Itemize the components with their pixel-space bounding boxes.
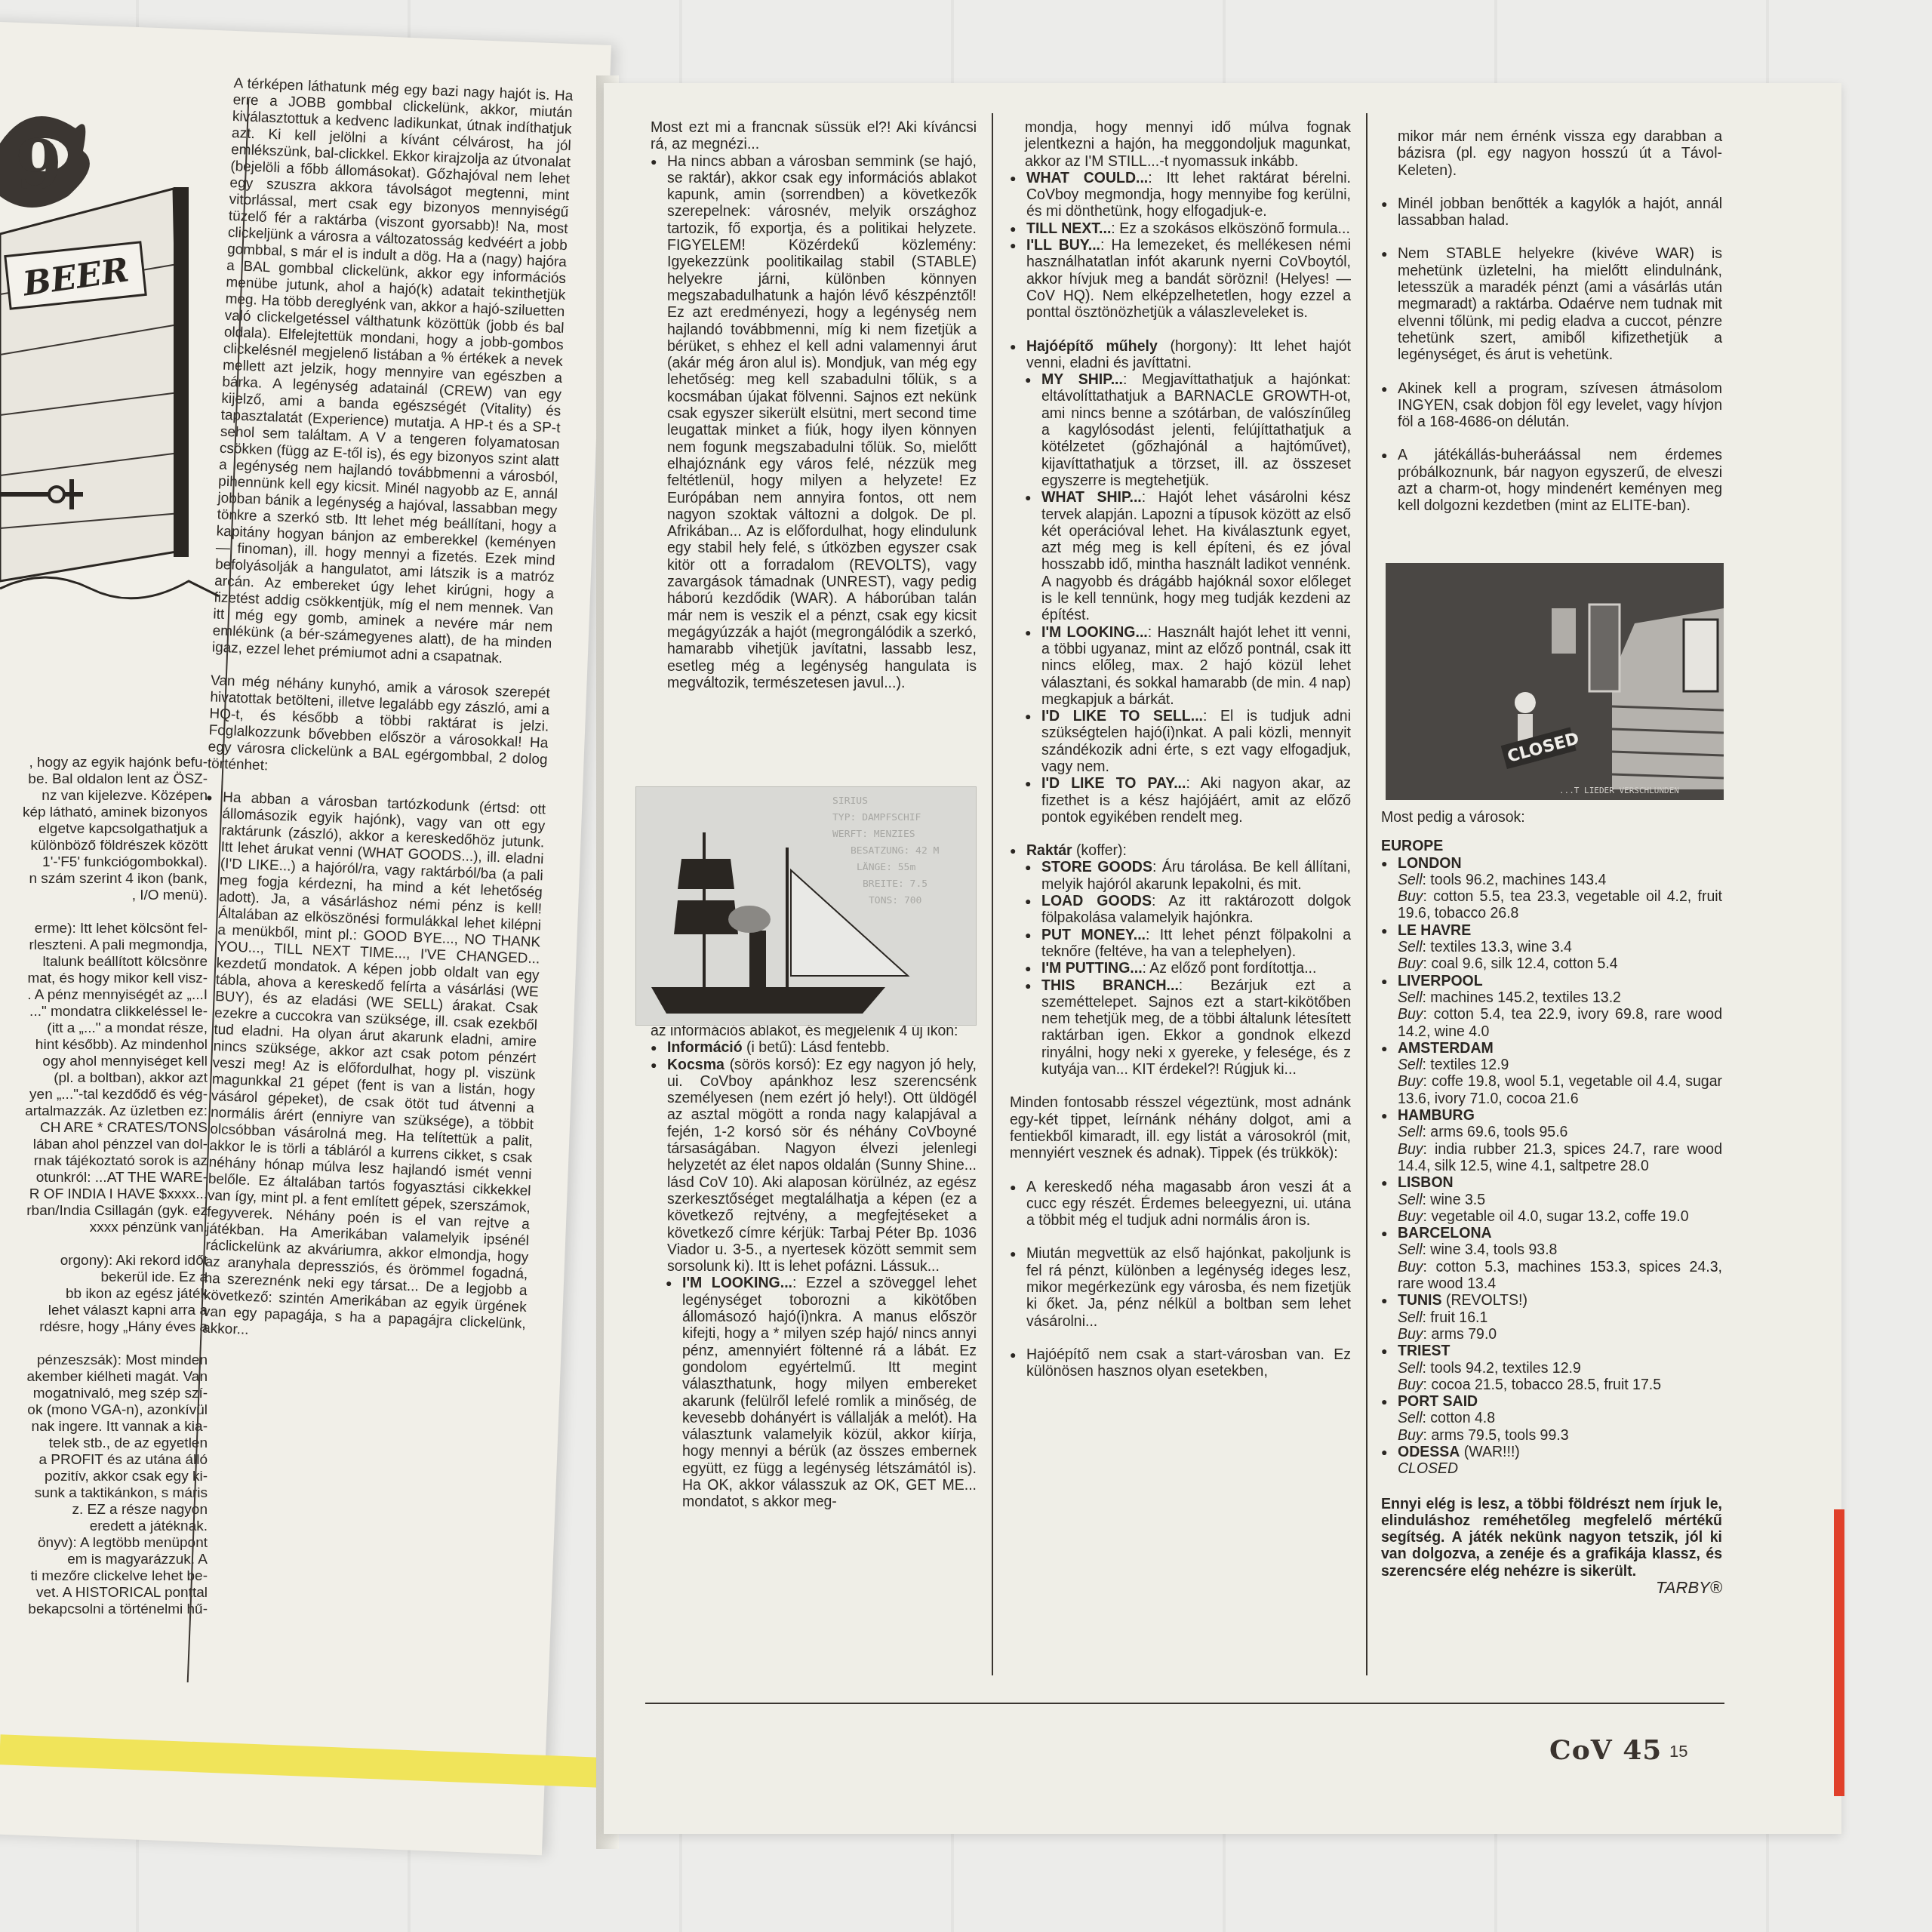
item-title: I'LL BUY... bbox=[1026, 237, 1100, 254]
ship-stat-line: TYP: DAMPFSCHIF bbox=[832, 812, 921, 823]
buy-label: Buy bbox=[1398, 1141, 1423, 1158]
list-item: Ha abban a városban tartózkodunk (értsd:… bbox=[186, 789, 546, 1349]
text-line: bb ikon az egész játék bbox=[15, 1286, 208, 1303]
city-item: TRIEST bbox=[1381, 1343, 1722, 1359]
svg-text:...T LIEDER VERSCHLUNDEN: ...T LIEDER VERSCHLUNDEN bbox=[1559, 786, 1679, 795]
list-item: Ha nincs abban a városban semmink (se ha… bbox=[651, 153, 977, 692]
text-line: . A pénz mennyiségét az „...I bbox=[15, 987, 208, 1004]
text-line: rnak tájékoztató sorok is az bbox=[15, 1153, 208, 1170]
column-divider bbox=[992, 113, 993, 1675]
text-line: vet. A HISTORICAL ponttal bbox=[15, 1585, 208, 1601]
sell-label: Sell bbox=[1398, 1124, 1423, 1140]
text-line: nak ingere. Itt vannak a kia- bbox=[15, 1419, 208, 1435]
sell-label: Sell bbox=[1398, 872, 1423, 888]
text-line: erme): Itt lehet kölcsönt fel- bbox=[15, 921, 208, 937]
tip-item: Akinek kell a program, szívesen átmásolo… bbox=[1381, 380, 1722, 431]
item-text: : Hajót lehet vásárolni kész tervek alap… bbox=[1041, 489, 1351, 623]
text-line: em is magyarázzuk. A bbox=[15, 1552, 208, 1568]
city-item: HAMBURG bbox=[1381, 1107, 1722, 1124]
tip-item: Hajóépítő nem csak a start-városban van.… bbox=[1010, 1346, 1351, 1380]
list-item: WHAT COULD...: Itt lehet raktárat béreln… bbox=[1010, 170, 1351, 220]
list-item: I'D LIKE TO SELL...: El is tudjuk adni s… bbox=[1010, 708, 1351, 775]
city-item: AMSTERDAM bbox=[1381, 1040, 1722, 1057]
text-line: pozitív, akkor csak egy ki- bbox=[15, 1469, 208, 1485]
sell-label: Sell bbox=[1398, 1410, 1423, 1426]
city-sell: Sell: textiles 13.3, wine 3.4 bbox=[1381, 939, 1722, 955]
text-line: bekerül ide. Ez a bbox=[15, 1269, 208, 1286]
cities-intro: Most pedig a városok: bbox=[1381, 809, 1722, 826]
text-line: otunkról: ...AT THE WARE- bbox=[15, 1170, 208, 1186]
text-line: különböző földrészek között bbox=[15, 838, 208, 854]
item-title: LOAD GOODS bbox=[1041, 893, 1152, 909]
text-line bbox=[15, 1336, 208, 1352]
city-item: LONDON bbox=[1381, 855, 1722, 872]
city-buy: Buy: cocoa 21.5, tobacco 28.5, fruit 17.… bbox=[1381, 1377, 1722, 1393]
tip-item: Miután megvettük az első hajónkat, pakol… bbox=[1010, 1245, 1351, 1329]
text-line: sunk a taktikánkon, s máris bbox=[15, 1485, 208, 1502]
city-name: TRIEST bbox=[1398, 1343, 1450, 1359]
sell-label: Sell bbox=[1398, 939, 1423, 955]
ship-stat-line: BREITE: 7.5 bbox=[863, 878, 928, 890]
ship-stat-line: SIRIUS bbox=[832, 795, 868, 807]
city-name: HAMBURG bbox=[1398, 1107, 1475, 1124]
magazine-logo: CoV 45 bbox=[1549, 1734, 1662, 1766]
list-item: I'M PUTTING...: Az előző pont fordítottj… bbox=[1010, 960, 1351, 977]
closing-paragraph: Ennyi elég is lesz, a többi földrészt ne… bbox=[1381, 1496, 1722, 1580]
text-line: orgony): Aki rekord időt bbox=[15, 1253, 208, 1269]
city-name: PORT SAID bbox=[1398, 1393, 1478, 1410]
tip-item: Nem STABLE helyekre (kivéve WAR) is mehe… bbox=[1381, 245, 1722, 363]
text-line: , I/O menü). bbox=[15, 888, 208, 904]
city-buy: Buy: arms 79.0 bbox=[1381, 1326, 1722, 1343]
cover-edge-red bbox=[1834, 1509, 1844, 1796]
buy-label: Buy bbox=[1398, 1208, 1423, 1225]
text-line: a PROFIT és az utána álló bbox=[15, 1452, 208, 1469]
item-title: WHAT COULD... bbox=[1026, 170, 1148, 186]
city-sell: Sell: arms 69.6, tools 95.6 bbox=[1381, 1124, 1722, 1140]
list-item: I'M LOOKING...: Ezzel a szöveggel lehet … bbox=[651, 1275, 977, 1510]
cities-list: Most pedig a városok: EUROPE LONDONSell:… bbox=[1381, 809, 1722, 1596]
list-item: I'D LIKE TO PAY...: Aki nagyon akar, az … bbox=[1010, 775, 1351, 826]
item-title: I'M PUTTING... bbox=[1041, 960, 1143, 977]
city-sell: Sell: textiles 12.9 bbox=[1381, 1057, 1722, 1073]
text-line: be. Bal oldalon lent az ÖSZ- bbox=[15, 771, 208, 788]
buy-label: Buy bbox=[1398, 888, 1423, 905]
text-line: rdésre, hogy „Hány éves a bbox=[15, 1319, 208, 1336]
city-item: LE HAVRE bbox=[1381, 922, 1722, 939]
issue-numeral: 9 bbox=[15, 125, 63, 205]
city-buy: Buy: arms 79.5, tools 99.3 bbox=[1381, 1427, 1722, 1444]
buy-label: Buy bbox=[1398, 1427, 1423, 1444]
list-item: Kocsma (sörös korsó): Ez egy nagyon jó h… bbox=[651, 1057, 977, 1275]
sell-label: Sell bbox=[1398, 1360, 1423, 1377]
buy-label: Buy bbox=[1398, 1326, 1423, 1343]
item-title: I'M LOOKING... bbox=[1041, 624, 1148, 641]
list-item-shipyard: Hajóépítő műhely (horgony): Itt lehet ha… bbox=[1010, 338, 1351, 372]
buy-label: Buy bbox=[1398, 1073, 1423, 1090]
author-signature: TARBY® bbox=[1381, 1580, 1722, 1596]
city-buy: Buy: coffe 19.8, wool 5.1, vegetable oil… bbox=[1381, 1073, 1722, 1107]
city-item: BARCELONA bbox=[1381, 1225, 1722, 1241]
text-line: telek stb., de az egyetlen bbox=[15, 1435, 208, 1452]
paragraph: Minden fontosabb résszel végeztünk, most… bbox=[1010, 1094, 1351, 1161]
city-buy: Buy: vegetable oil 4.0, sugar 13.2, coff… bbox=[1381, 1208, 1722, 1225]
ship-stat-line: TONS: 700 bbox=[869, 895, 921, 906]
ship-screenshot: SIRIUSTYP: DAMPFSCHIFWERFT: MENZIESBESAT… bbox=[635, 786, 977, 1026]
text-line: elgetve kapcsolgathatjuk a bbox=[15, 821, 208, 838]
text-line: n szám szerint 4 ikon (bank, bbox=[15, 871, 208, 888]
ship-stat-line: LÄNGE: 55m bbox=[857, 861, 915, 873]
text-line: mat, és hogy mikor kell visz- bbox=[15, 971, 208, 987]
list-item: PUT MONEY...: Itt lehet pénzt fölpakolni… bbox=[1010, 927, 1351, 961]
city-item: TUNIS (REVOLTS!) bbox=[1381, 1292, 1722, 1309]
city-item: LIVERPOOL bbox=[1381, 973, 1722, 989]
tip-item: A játékállás-buheráással nem érdemes pró… bbox=[1381, 447, 1722, 514]
city-note: (REVOLTS!) bbox=[1446, 1292, 1527, 1309]
text-line: ..." mondatra clikkeléssel le- bbox=[15, 1004, 208, 1020]
city-odessa: ODESSA (WAR!!!) bbox=[1381, 1444, 1722, 1460]
buy-label: Buy bbox=[1398, 1377, 1423, 1393]
item-text: : Ez a szokásos elköszönő formula... bbox=[1111, 220, 1349, 237]
buy-label: Buy bbox=[1398, 1259, 1423, 1275]
beer-sign-illustration: 9 BEER bbox=[0, 98, 219, 724]
text-line: nz van kijelezve. Középen bbox=[15, 788, 208, 804]
sell-label: Sell bbox=[1398, 1309, 1423, 1326]
city-name: LIVERPOOL bbox=[1398, 973, 1483, 989]
city-sell: Sell: wine 3.4, tools 93.8 bbox=[1381, 1241, 1722, 1258]
city-name: LISBON bbox=[1398, 1174, 1454, 1191]
text-line: z. EZ a része nagyon bbox=[15, 1502, 208, 1518]
list-item: WHAT SHIP...: Hajót lehet vásárolni kész… bbox=[1010, 489, 1351, 623]
text-line: mogatnivaló, meg szép szí- bbox=[15, 1386, 208, 1402]
city-buy: Buy: cotton 5.5, tea 23.3, vegetable oil… bbox=[1381, 888, 1722, 922]
item-title: THIS BRANCH... bbox=[1041, 977, 1179, 994]
text-line: , hogy az egyik hajónk befu- bbox=[15, 755, 208, 771]
city-status: CLOSED bbox=[1381, 1460, 1722, 1477]
sell-label: Sell bbox=[1398, 1192, 1423, 1208]
tip-item: A kereskedő néha magasabb áron veszi át … bbox=[1010, 1179, 1351, 1229]
text-line: (pl. a boltban), akkor azt bbox=[15, 1070, 208, 1087]
article-column-2: mondja, hogy mennyi idő múlva fognak jel… bbox=[1010, 119, 1351, 1396]
list-item: I'LL BUY...: Ha lemezeket, és mellékesen… bbox=[1010, 237, 1351, 321]
list-item: TILL NEXT...: Ez a szokásos elköszönő fo… bbox=[1010, 220, 1351, 237]
city-item: LISBON bbox=[1381, 1174, 1722, 1191]
text-line: akember kiélheti magát. Van bbox=[15, 1369, 208, 1386]
text-line: ltalunk beállított kölcsönre bbox=[15, 954, 208, 971]
item-title: MY SHIP... bbox=[1041, 371, 1123, 388]
item-text: : Az előző pont fordítottja... bbox=[1143, 960, 1317, 977]
list-item: MY SHIP...: Megjavíttathatjuk a hajónkat… bbox=[1010, 371, 1351, 489]
city-sell: Sell: cotton 4.8 bbox=[1381, 1410, 1722, 1426]
sell-label: Sell bbox=[1398, 1057, 1423, 1073]
sell-label: Sell bbox=[1398, 989, 1423, 1006]
city-sell: Sell: machines 145.2, textiles 13.2 bbox=[1381, 989, 1722, 1006]
text-line: bekapcsolni a történelmi hű- bbox=[15, 1601, 208, 1618]
list-item: THIS BRANCH...: Bezárjuk ezt a szeméttel… bbox=[1010, 977, 1351, 1078]
list-item: LOAD GOODS: Az itt raktározott dolgok fö… bbox=[1010, 893, 1351, 927]
text-line: R OF INDIA I HAVE $xxxx... bbox=[15, 1186, 208, 1203]
text-line: 1'-'F5' funkciógombokkal). bbox=[15, 854, 208, 871]
city-buy: Buy: india rubber 21.3, spices 24.7, rar… bbox=[1381, 1141, 1722, 1175]
item-text: : Megjavíttathatjuk a hajónkat: eltávolí… bbox=[1041, 371, 1351, 489]
sell-label: Sell bbox=[1398, 1241, 1423, 1258]
text-line bbox=[15, 904, 208, 921]
left-page-column-2: A térképen láthatunk még egy bazi nagy h… bbox=[185, 75, 574, 1366]
text-line: ti mezőre clickelve lehet be- bbox=[15, 1568, 208, 1585]
city-sell: Sell: tools 96.2, machines 143.4 bbox=[1381, 872, 1722, 888]
paragraph: Most ezt mi a francnak süssük el?! Aki k… bbox=[651, 119, 977, 153]
city-buy: Buy: cotton 5.3, machines 153.3, spices … bbox=[1381, 1259, 1722, 1293]
region-heading: EUROPE bbox=[1381, 838, 1722, 854]
text-line bbox=[15, 1236, 208, 1253]
text-line: hint később). Az mindenhol bbox=[15, 1037, 208, 1054]
paragraph: mondja, hogy mennyi idő múlva fognak jel… bbox=[1010, 119, 1351, 170]
city-item: PORT SAID bbox=[1381, 1393, 1722, 1410]
article-column-3: mikor már nem érnénk vissza egy darabban… bbox=[1381, 128, 1722, 531]
text-line: ok (mono VGA-n), azonkívül bbox=[15, 1402, 208, 1419]
left-page-column-1: , hogy az egyik hajónk befu-be. Bal olda… bbox=[15, 755, 208, 1618]
paragraph: Van még néhány kunyhó, amik a városok sz… bbox=[208, 672, 551, 785]
paragraph: mikor már nem érnénk vissza egy darabban… bbox=[1381, 128, 1722, 179]
paragraph: A térképen láthatunk még egy bazi nagy h… bbox=[211, 75, 573, 669]
list-item-warehouse: Raktár (koffer): bbox=[1010, 842, 1351, 859]
text-line: rleszteni. A pali megmondja, bbox=[15, 937, 208, 954]
list-item: STORE GOODS: Áru tárolása. Be kell állít… bbox=[1010, 859, 1351, 893]
city-sell: Sell: tools 94.2, textiles 12.9 bbox=[1381, 1360, 1722, 1377]
city-sell: Sell: fruit 16.1 bbox=[1381, 1309, 1722, 1326]
item-title: I'D LIKE TO PAY... bbox=[1041, 775, 1186, 792]
closed-shop-screenshot: CLOSED ...T LIEDER VERSCHLUNDEN bbox=[1386, 563, 1724, 800]
ship-stat-line: BESATZUNG: 42 M bbox=[851, 845, 940, 857]
tip-item: Minél jobban benőtték a kagylók a hajót,… bbox=[1381, 195, 1722, 229]
item-title: PUT MONEY... bbox=[1041, 927, 1146, 943]
buy-label: Buy bbox=[1398, 1006, 1423, 1023]
item-title: TILL NEXT... bbox=[1026, 220, 1111, 237]
column-divider bbox=[1366, 113, 1367, 1675]
item-title: STORE GOODS bbox=[1041, 859, 1152, 875]
text-line: (itt a „..." a mondat része, bbox=[15, 1020, 208, 1037]
page-number: 15 bbox=[1669, 1742, 1687, 1761]
city-sell: Sell: wine 3.5 bbox=[1381, 1192, 1722, 1208]
list-item: Információ (i betű): Lásd fentebb. bbox=[651, 1039, 977, 1056]
item-title: WHAT SHIP... bbox=[1041, 489, 1142, 506]
city-name: TUNIS bbox=[1398, 1292, 1442, 1309]
list-item: I'M LOOKING...: Használt hajót lehet itt… bbox=[1010, 624, 1351, 708]
text-line: lehet választ kapni arra a bbox=[15, 1303, 208, 1319]
text-line: yen „..."-tal kezdődő és vég- bbox=[15, 1087, 208, 1103]
text-line: kép látható, aminek bizonyos bbox=[15, 804, 208, 821]
city-name: BARCELONA bbox=[1398, 1225, 1492, 1241]
text-line: önyv): A legtöbb menüpont bbox=[15, 1535, 208, 1552]
buy-label: Buy bbox=[1398, 955, 1423, 972]
ship-stat-line: WERFT: MENZIES bbox=[832, 829, 915, 840]
text-line: eredett a játéknak. bbox=[15, 1518, 208, 1535]
text-line: ogy ahol mennyiséget kell bbox=[15, 1054, 208, 1070]
text-line: rban/India Csillagán (gyk. ez bbox=[15, 1203, 208, 1220]
text-line: pénzeszsák): Most minden bbox=[15, 1352, 208, 1369]
city-name: AMSTERDAM bbox=[1398, 1040, 1494, 1057]
city-buy: Buy: cotton 5.4, tea 22.9, ivory 69.8, r… bbox=[1381, 1006, 1722, 1040]
city-buy: Buy: coal 9.6, silk 12.4, cotton 5.4 bbox=[1381, 955, 1722, 972]
text-line: artalmazzák. Az üzletben ez: bbox=[15, 1103, 208, 1120]
text-line: xxxx pénzünk van. bbox=[15, 1220, 208, 1236]
text-line: CH ARE * CRATES/TONS bbox=[15, 1120, 208, 1137]
item-title: I'D LIKE TO SELL... bbox=[1041, 708, 1203, 724]
city-name: LE HAVRE bbox=[1398, 922, 1471, 939]
footer-rule bbox=[645, 1703, 1724, 1704]
city-name: LONDON bbox=[1398, 855, 1462, 872]
text-line: lában ahol pénzzel van dol- bbox=[15, 1137, 208, 1153]
